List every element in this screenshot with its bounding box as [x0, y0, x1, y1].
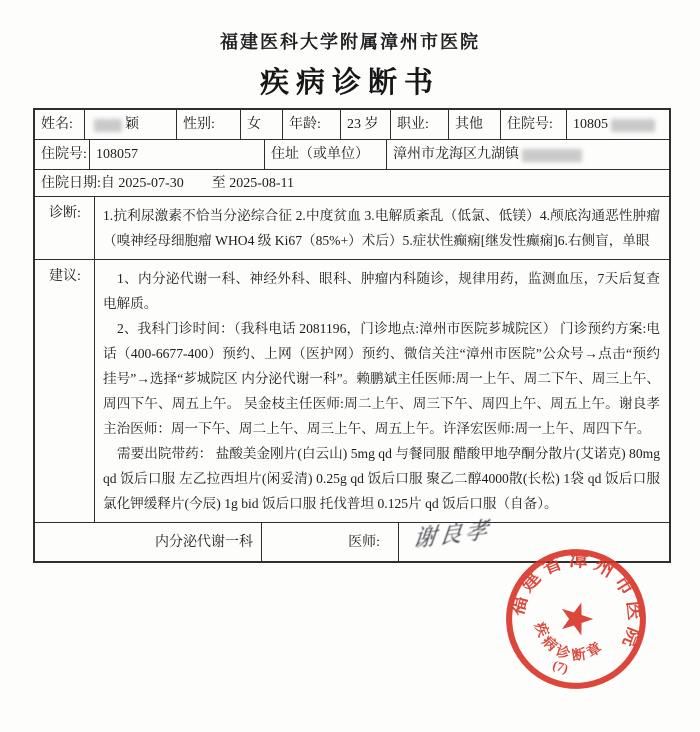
diagnosis-row: 诊断: 1.抗利尿激素不恰当分泌综合征 2.中度贫血 3.电解质紊乱（低氯、低镁…	[35, 197, 669, 260]
admission-no-label: 住院号:	[501, 110, 567, 139]
patient-info-row: 姓名: 颖 性别: 女 年龄: 23 岁 职业: 其他 住院号: 10805	[35, 110, 669, 140]
admission-no-label-2: 住院号:	[35, 140, 90, 169]
name-label: 姓名:	[35, 110, 85, 139]
gender-value: 女	[241, 110, 283, 139]
stamp-number-text: (7)	[551, 657, 570, 676]
advice-label: 建议:	[35, 260, 95, 522]
department-name: 内分泌代谢一科	[35, 523, 262, 561]
address-visible-text: 漳州市龙海区九湖镇	[393, 145, 519, 165]
redacted-admission-no-part	[611, 119, 655, 132]
name-value: 颖	[85, 110, 177, 139]
svg-text:疾病诊断章: 疾病诊断章	[523, 615, 612, 674]
signature-row: 内分泌代谢一科 医师: 谢良孝	[35, 523, 669, 561]
address-label: 住址（或单位）	[265, 140, 387, 169]
hospital-stamp: 福建省漳州市医院 疾病诊断章 (7)	[500, 541, 652, 697]
age-label: 年龄:	[283, 110, 341, 139]
admission-no-value: 10805	[567, 110, 669, 139]
doctor-label: 医师:	[262, 523, 399, 561]
advice-paragraph-followup: 1、内分泌代谢一科、神经外科、眼科、肿瘤内科随诊，规律用药，监测血压，7天后复查…	[103, 266, 660, 316]
advice-text: 1、内分泌代谢一科、神经外科、眼科、肿瘤内科随诊，规律用药，监测血压，7天后复查…	[95, 260, 669, 522]
star-icon	[556, 598, 597, 638]
stamp-outer-ring	[500, 541, 652, 697]
admission-no-partial-text: 10805	[573, 115, 608, 135]
admission-no-full: 108057	[90, 140, 265, 169]
advice-paragraph-discharge-medication: 需要出院带药： 盐酸美金刚片(白云山) 5mg qd 与餐同服 醋酸甲地孕酮分散…	[103, 441, 660, 516]
redacted-name-part	[94, 119, 122, 132]
address-value: 漳州市龙海区九湖镇	[387, 140, 669, 169]
age-value: 23 岁	[341, 110, 391, 139]
certificate-table: 姓名: 颖 性别: 女 年龄: 23 岁 职业: 其他 住院号: 10805 住…	[33, 108, 671, 563]
address-row: 住院号: 108057 住址（或单位） 漳州市龙海区九湖镇	[35, 140, 669, 170]
advice-row: 建议: 1、内分泌代谢一科、神经外科、眼科、肿瘤内科随诊，规律用药，监测血压，7…	[35, 260, 669, 523]
hospitalization-dates: 住院日期:自 2025-07-30 至 2025-08-11	[35, 170, 669, 196]
stamp-type-text: 疾病诊断章	[523, 615, 612, 674]
occupation-value: 其他	[449, 110, 501, 139]
diagnosis-text: 1.抗利尿激素不恰当分泌综合征 2.中度贫血 3.电解质紊乱（低氯、低镁）4.颅…	[95, 197, 669, 259]
advice-paragraph-clinic-schedule: 2、我科门诊时间：（我科电话 2081196，门诊地点:漳州市医院芗城院区） 门…	[103, 316, 660, 441]
diagnosis-label: 诊断:	[35, 197, 95, 259]
doctor-signature-cell: 谢良孝	[399, 523, 669, 561]
diagnosis-certificate-document: 福建医科大学附属漳州市医院 疾病诊断书 姓名: 颖 性别: 女 年龄: 23 岁…	[0, 0, 700, 732]
gender-label: 性别:	[177, 110, 241, 139]
document-title: 疾病诊断书	[0, 60, 700, 101]
redacted-address-part	[522, 149, 582, 162]
dates-row: 住院日期:自 2025-07-30 至 2025-08-11	[35, 170, 669, 197]
doctor-signature: 谢良孝	[412, 520, 492, 550]
name-visible-text: 颖	[125, 115, 139, 135]
occupation-label: 职业:	[391, 110, 449, 139]
hospital-name: 福建医科大学附属漳州市医院	[0, 28, 700, 54]
diagnosis-paragraph: 1.抗利尿激素不恰当分泌综合征 2.中度贫血 3.电解质紊乱（低氯、低镁）4.颅…	[103, 203, 660, 253]
